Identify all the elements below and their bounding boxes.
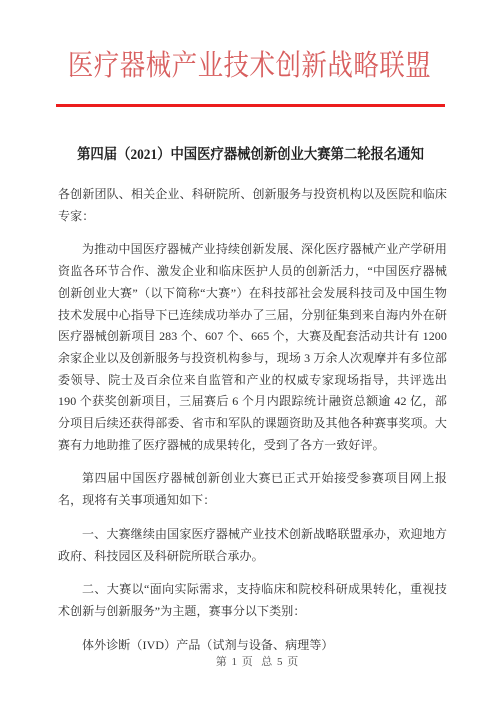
page-footer: 第 1 页 总 5 页 bbox=[0, 641, 500, 681]
paragraph-background: 为推动中国医疗器械产业持续创新发展、深化医疗器械产业产学研用资监各环节合作、激发… bbox=[58, 239, 447, 456]
notice-body: 各创新团队、相关企业、科研院所、创新服务与投资机构以及医院和临床专家： 为推动中… bbox=[58, 184, 447, 656]
letterhead-banner: 医疗器械产业技术创新战略联盟 bbox=[0, 0, 500, 107]
paragraph-item-two: 二、大赛以“面向实际需求，支持临床和院校科研成果转化，重视技术创新与创新服务”为… bbox=[58, 579, 447, 622]
notice-document-page: 医疗器械产业技术创新战略联盟 第四届（2021）中国医疗器械创新创业大赛第二轮报… bbox=[0, 0, 500, 707]
notice-heading: 第四届（2021）中国医疗器械创新创业大赛第二轮报名通知 bbox=[0, 146, 500, 165]
page-number-label: 第 1 页 总 5 页 bbox=[216, 656, 300, 668]
banner-divider-rule bbox=[56, 104, 445, 107]
org-banner-title: 医疗器械产业技术创新战略联盟 bbox=[68, 49, 431, 83]
notice-heading-text: 第四届（2021）中国医疗器械创新创业大赛第二轮报名通知 bbox=[77, 146, 424, 165]
paragraph-registration-open: 第四届中国医疗器械创新创业大赛已正式开始接受参赛项目网上报名，现将有关事项通知如… bbox=[58, 468, 447, 511]
paragraph-item-one: 一、大赛继续由国家医疗器械产业技术创新战略联盟承办，欢迎地方政府、科技园区及科研… bbox=[58, 524, 447, 567]
salutation-line: 各创新团队、相关企业、科研院所、创新服务与投资机构以及医院和临床专家： bbox=[58, 184, 447, 227]
